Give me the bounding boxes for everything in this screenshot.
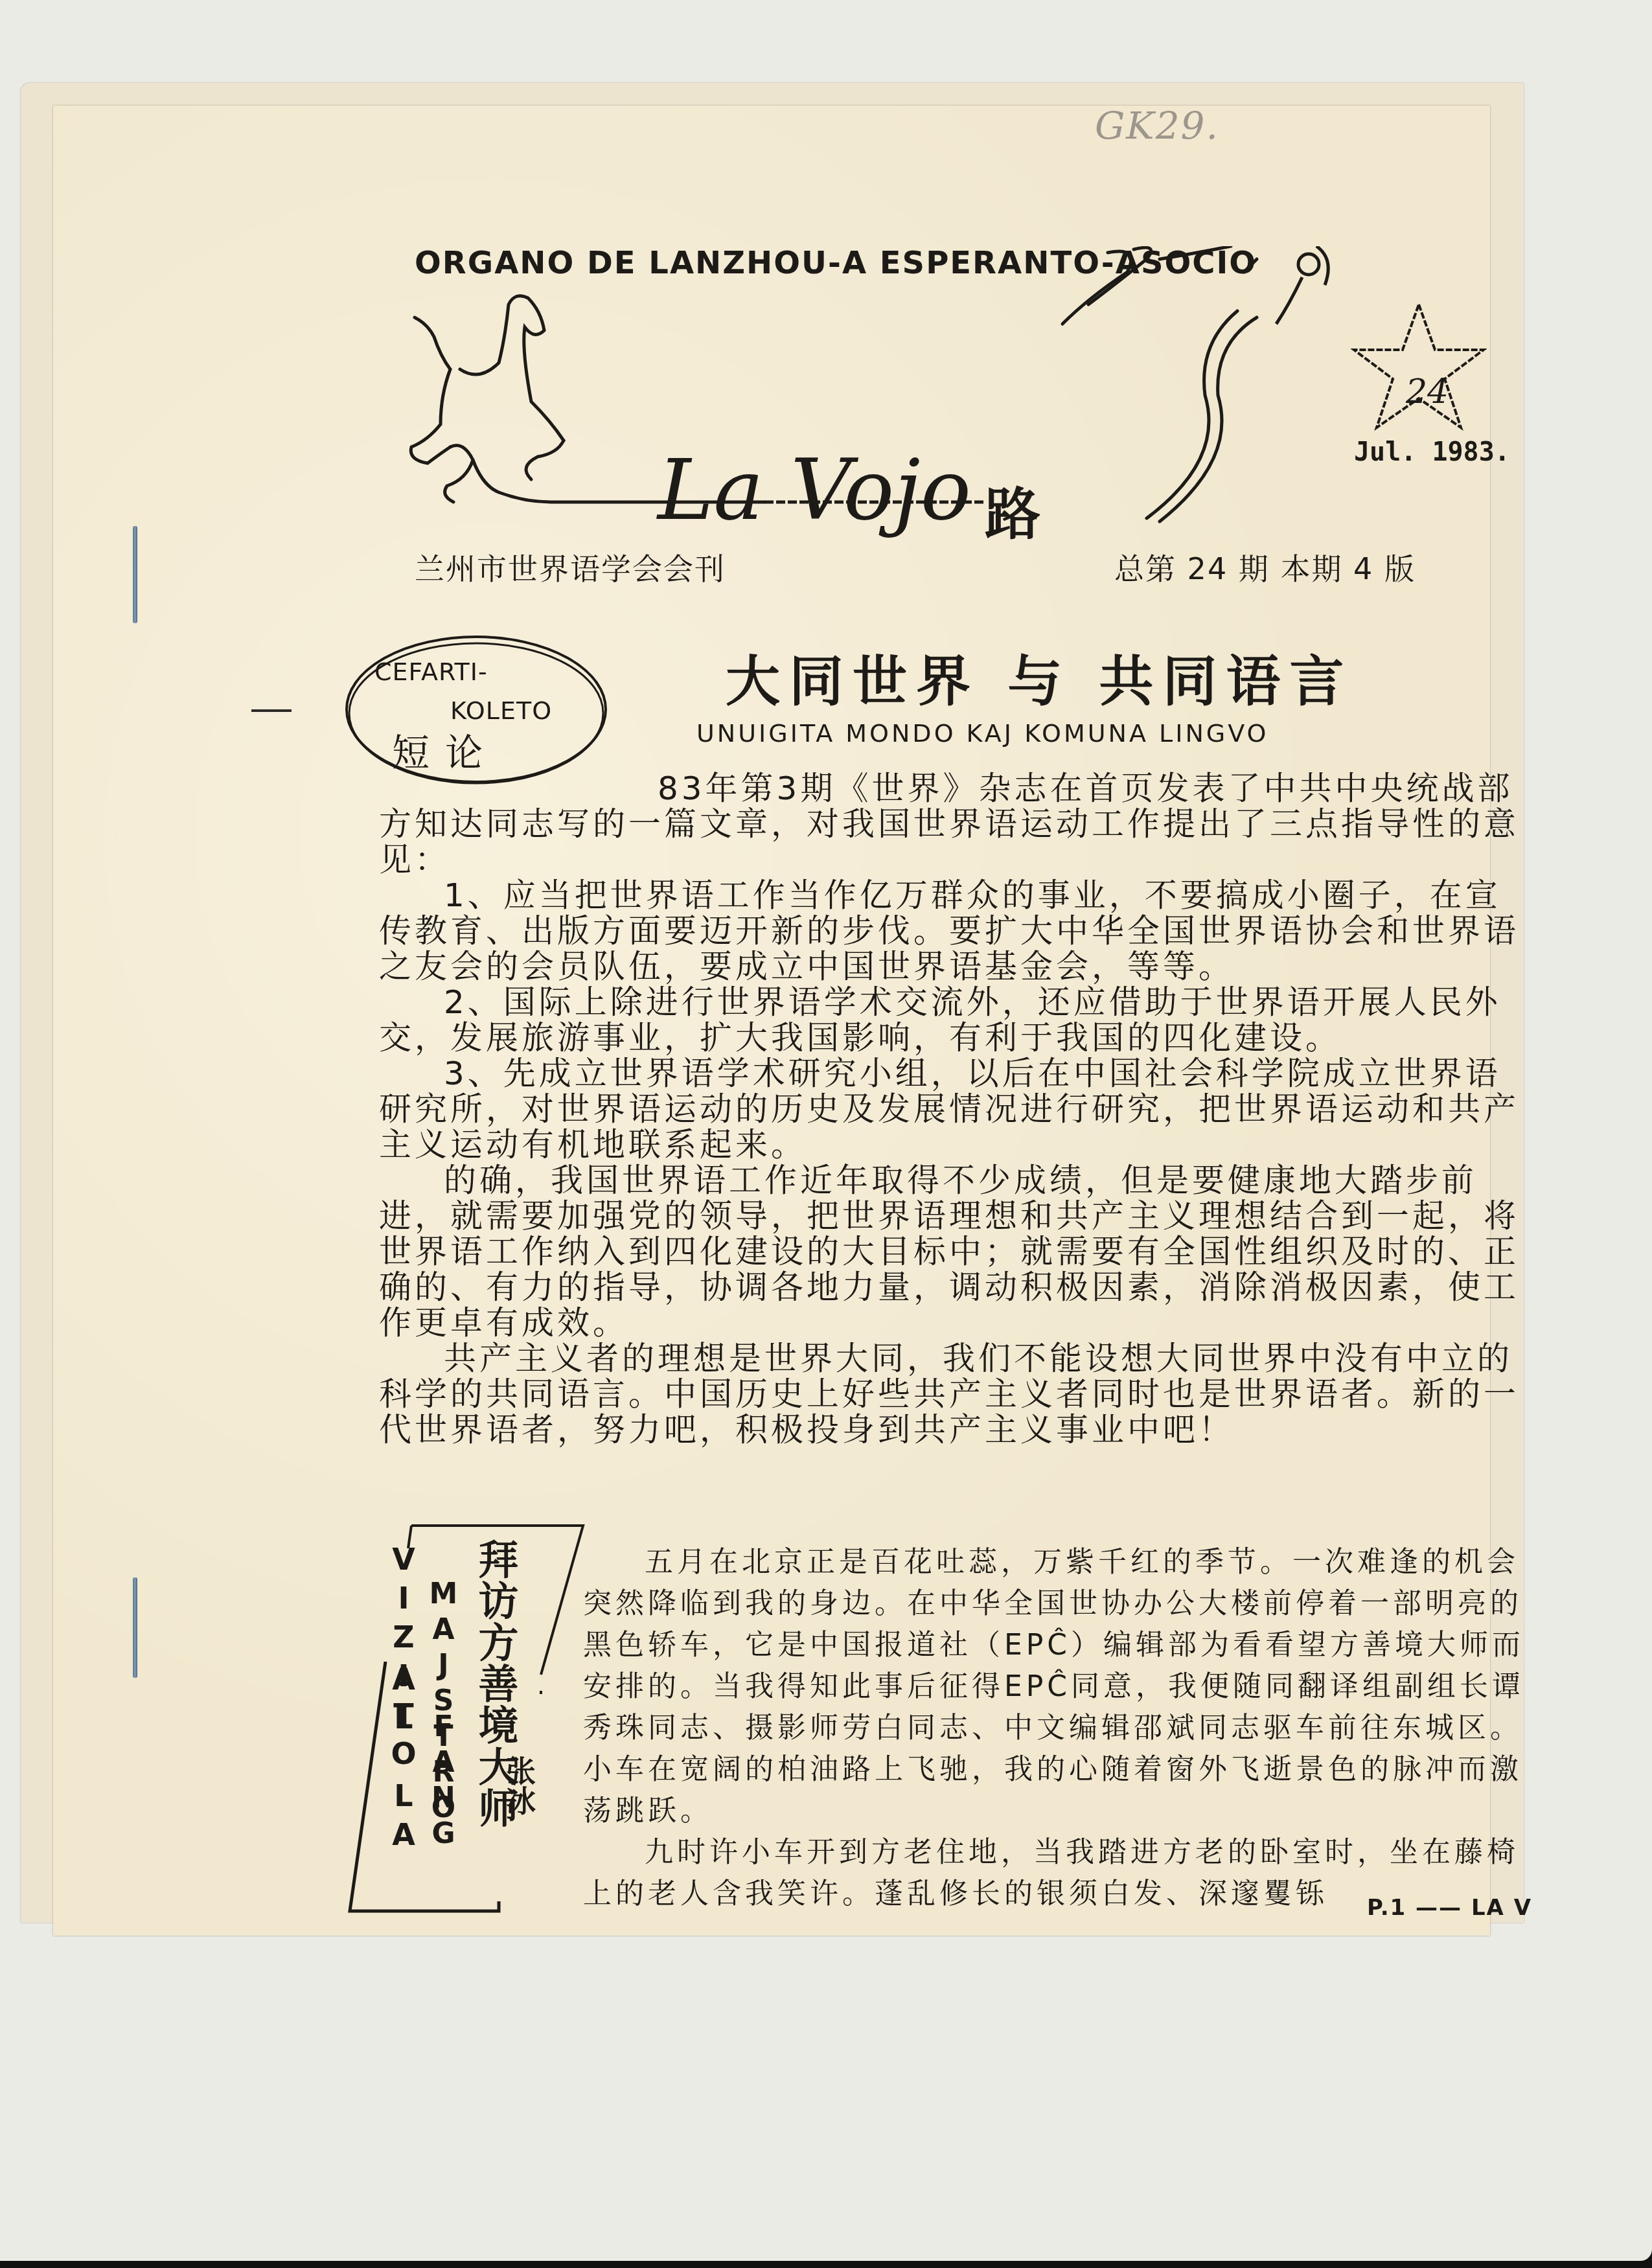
star-icon xyxy=(1351,298,1487,434)
article2-title-eo-line2b: FANG xyxy=(428,1710,460,1853)
article1-paragraph: 共产主义者的理想是世界大同，我们不能设想大同世界中没有中立的科学的共同语言。中国… xyxy=(379,1341,1532,1448)
pencil-archive-note: GK29. xyxy=(1095,104,1219,148)
society-journal-label: 兰州市世界语学会会刊 xyxy=(415,545,726,588)
issue-info: 总第 24 期 本期 4 版 xyxy=(1114,545,1416,588)
article1-title-eo: UNUIGITA MONDO KAJ KOMUNA LINGVO xyxy=(696,719,1269,748)
issue-date: Jul. 1983. xyxy=(1354,437,1510,467)
article1-body: 83年第3期《世界》杂志在首页发表了中共中央统战部方知达同志写的一篇文章，对我国… xyxy=(379,771,1532,1448)
badge-text-line2: KOLETO xyxy=(450,696,552,725)
badge-text-line1: CEFARTI- xyxy=(374,658,488,686)
badge-text-cn: 短论 xyxy=(392,722,498,777)
article1-paragraph: 3、先成立世界语学术研究小组，以后在中国社会科学院成立世界语研究所，对世界语运动… xyxy=(379,1056,1532,1163)
article2-paragraph: 五月在北京正是百花吐蕊，万紫千红的季节。一次难逢的机会突然降临到我的身边。在中华… xyxy=(583,1542,1542,1832)
article2-author: 张冰 xyxy=(498,1756,540,1815)
article1-paragraph: 2、国际上除进行世界语学术交流外，还应借助于世界语开展人民外交，发展旅游事业，扩… xyxy=(379,985,1532,1056)
article1-paragraph: 的确，我国世界语工作近年取得不少成绩，但是要健康地大踏步前进，就需要加强党的领导… xyxy=(379,1163,1532,1341)
article1-paragraph: 83年第3期《世界》杂志在首页发表了中共中央统战部方知达同志写的一篇文章，对我国… xyxy=(379,771,1532,878)
staple-top xyxy=(133,526,137,623)
star-issue-number: 24 xyxy=(1406,372,1449,411)
article2-body: 五月在北京正是百花吐蕊，万紫千红的季节。一次难逢的机会突然降临到我的身边。在中华… xyxy=(583,1542,1542,1915)
staple-bottom xyxy=(133,1577,137,1678)
newsletter-title: La Vojo xyxy=(658,441,971,539)
page-footer: P.1 —— LA V xyxy=(1367,1895,1532,1921)
newsletter-title-cn: 路 xyxy=(985,470,1040,550)
article1-title-cn: 大同世界 与 共同语言 xyxy=(726,638,1353,716)
article1-paragraph: 1、应当把世界语工作当作亿万群众的事业，不要搞成小圈子，在宣传教育、出版方面要迈… xyxy=(379,878,1532,985)
article2-title-eo-line1b: AL LA xyxy=(389,1662,421,1856)
fold-mark xyxy=(251,709,292,712)
